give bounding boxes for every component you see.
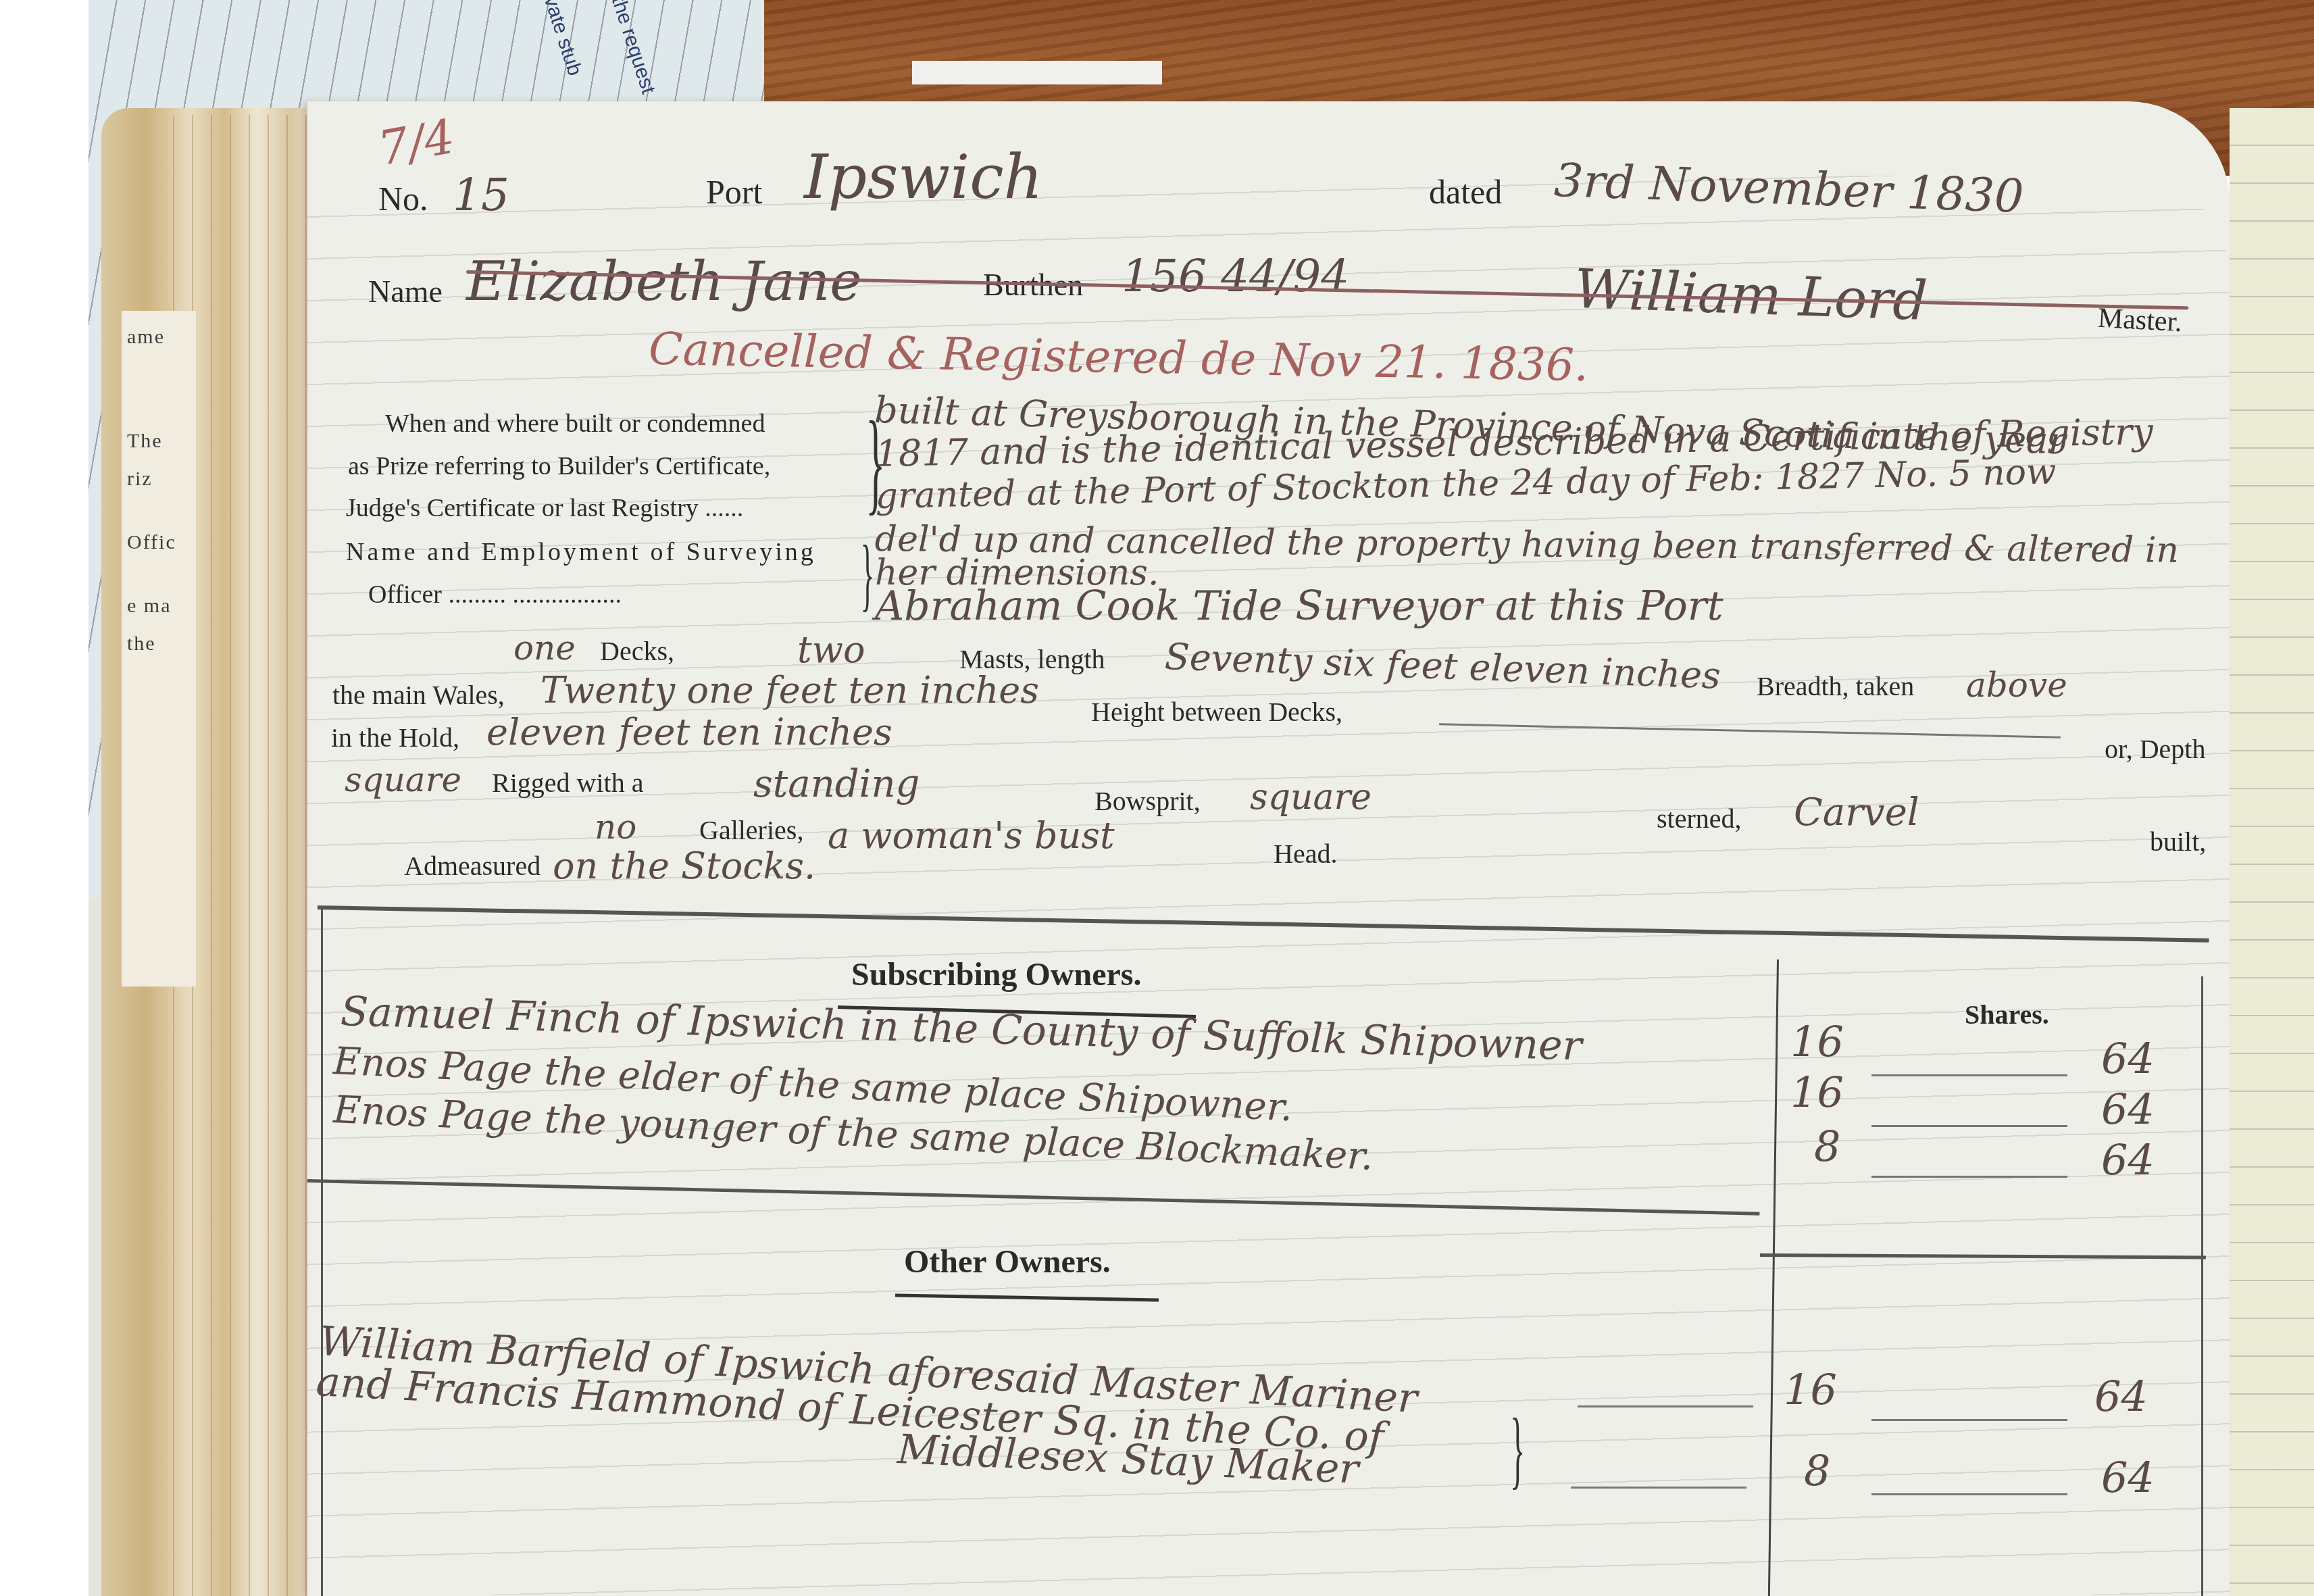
shares-value: 16	[1790, 1068, 1844, 1117]
decks-value: one	[513, 628, 576, 668]
breadth-value: Twenty one feet ten inches	[540, 669, 1039, 712]
table-right-border	[2201, 976, 2203, 1596]
build-value: Carvel	[1794, 791, 1919, 834]
surveyor-label-2: Officer ......... .................	[368, 580, 622, 609]
fragment: ame	[127, 326, 196, 349]
bowsprit-label: Bowsprit,	[1095, 785, 1201, 817]
head-label: Head.	[1274, 838, 1337, 870]
number-value: 15	[453, 169, 509, 221]
shares-total: 64	[2101, 1084, 2155, 1134]
subscribing-owners-title: Subscribing Owners.	[851, 956, 1141, 993]
galleries-value: no	[595, 807, 636, 847]
shares-dash	[1871, 1493, 2067, 1495]
other-owners-title: Other Owners.	[904, 1243, 1111, 1280]
wales-label: the main Wales,	[332, 679, 505, 711]
shares-value: 16	[1790, 1017, 1844, 1066]
fragment: e ma	[127, 595, 196, 618]
stern-value: square	[1250, 777, 1372, 818]
shares-total: 64	[2101, 1034, 2155, 1083]
built-label: built,	[2150, 826, 2206, 857]
shares-total: 64	[2101, 1135, 2155, 1184]
shares-dash	[1871, 1176, 2067, 1178]
breadth-prefix-value: above	[1966, 666, 2067, 705]
port-value: Ipswich	[804, 142, 1043, 213]
fragment: riz	[127, 468, 196, 491]
admeasured-label: Admeasured	[404, 850, 540, 882]
fragment: The	[127, 430, 196, 453]
built-label-3: Judge's Certificate or last Registry ...…	[346, 493, 743, 523]
galleries-label: Galleries,	[699, 814, 803, 846]
number-label: No.	[378, 179, 428, 218]
surveyor-name: Abraham Cook Tide Surveyor at this Port	[875, 582, 1724, 630]
dated-label: dated	[1429, 172, 1502, 211]
other-shares-value: 8	[1804, 1446, 1830, 1495]
shares-dash	[1871, 1074, 2067, 1076]
shares-value: 8	[1814, 1122, 1840, 1171]
built-label-2: as Prize referring to Builder's Certific…	[348, 451, 770, 481]
height-label: Height between Decks,	[1091, 696, 1342, 728]
table-left-border	[321, 909, 323, 1596]
shares-dash	[1871, 1419, 2067, 1421]
rigged-label: Rigged with a	[492, 767, 643, 799]
ship-name-value: Elizabeth Jane	[466, 250, 862, 313]
shares-dash	[1871, 1125, 2067, 1127]
torn-underlying-page: ame The riz Offic e ma the	[122, 311, 196, 987]
rig-value: square	[345, 760, 461, 799]
brace-2: }	[861, 534, 874, 615]
other-shares-value: 16	[1784, 1365, 1837, 1414]
other-shares-total: 64	[2094, 1372, 2148, 1421]
surveyor-label-1: Name and Employment of Surveying	[346, 537, 816, 567]
burthen-value: 156 44/94	[1122, 250, 1349, 302]
port-label: Port	[706, 172, 762, 211]
built-label-1: When and where built or condemned	[385, 409, 765, 439]
fragment: the	[127, 632, 196, 655]
name-label: Name	[368, 274, 443, 309]
owner-dash	[1578, 1405, 1753, 1407]
sterned-label: sterned,	[1657, 803, 1742, 834]
paper-tab	[912, 61, 1162, 84]
other-shares-total: 64	[2101, 1453, 2155, 1502]
decks-label: Decks,	[600, 635, 674, 667]
breadth-label: Breadth, taken	[1757, 670, 1914, 702]
other-owner-brace: }	[1510, 1405, 1525, 1493]
head-value: a woman's bust	[828, 814, 1115, 857]
owner-dash	[1571, 1487, 1746, 1489]
bowsprit-value: standing	[753, 762, 920, 806]
shares-header: Shares.	[1965, 999, 2049, 1030]
or-depth-label: or, Depth	[2105, 733, 2205, 765]
admeasured-value: on the Stocks.	[553, 845, 815, 887]
hold-label: in the Hold,	[331, 722, 459, 753]
right-facing-page	[2230, 108, 2314, 1596]
hold-value: eleven feet ten inches	[486, 711, 892, 753]
masts-value: two	[797, 628, 865, 671]
fragment: Offic	[127, 531, 196, 554]
